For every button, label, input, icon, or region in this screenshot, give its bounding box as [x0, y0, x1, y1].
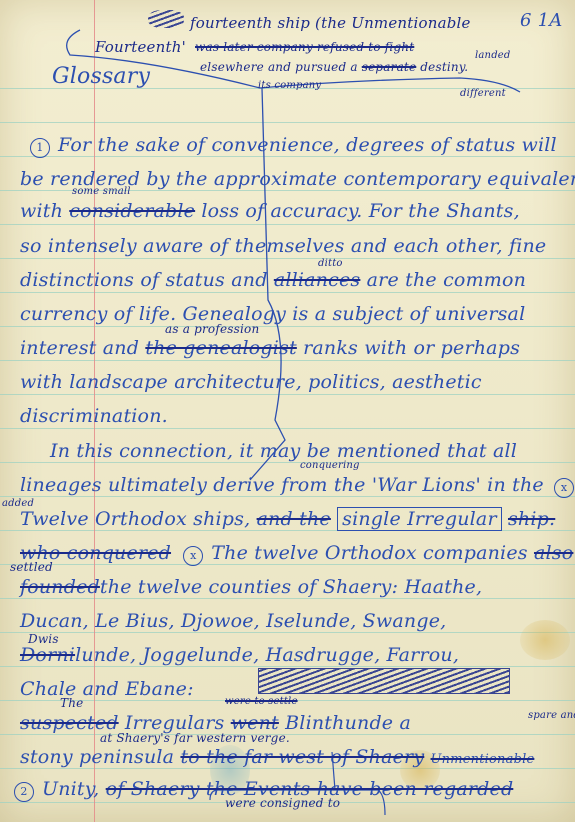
para1-line-1: 1For the sake of convenience, degrees of… [30, 134, 557, 158]
struck-boxed-passage [258, 668, 510, 694]
para2-line-2: lineages ultimately derive from the 'War… [20, 474, 575, 498]
header-insert-line2: elsewhere and pursued a separate destiny… [200, 60, 468, 74]
header-different: different [460, 88, 506, 99]
para2-line-3: Twelve Orthodox ships, and the single Ir… [20, 508, 555, 530]
header-struck-text: was later company refused to fight [195, 40, 414, 54]
insert-some-small: some small [72, 186, 131, 197]
page-number: 6 1A [520, 10, 562, 31]
insert-conquering: conquering [300, 460, 360, 471]
scribble-mark [148, 10, 184, 28]
para2-line-5: foundedthe twelve counties of Shaery: Ha… [20, 576, 482, 598]
para1-line-8: with landscape architecture, politics, a… [20, 371, 482, 393]
insert-ditto: ditto [318, 258, 343, 269]
para2-line-8: Chale and Ebane: [20, 678, 194, 700]
header-insert-top: fourteenth ship (the Unmentionable [190, 14, 471, 32]
margin-settled: settled [10, 560, 53, 574]
para1-line-5: distinctions of status and alliances are… [20, 269, 526, 291]
para1-line-7: interest and the genealogist ranks with … [20, 337, 520, 359]
page-title: Glossary [52, 64, 150, 89]
insert-far-western-verge: at Shaery's far western verge. [100, 731, 290, 745]
header-landed: landed [475, 50, 511, 61]
insert-spare-and: spare and [528, 710, 575, 721]
insert-as-a-profession: as a profession [165, 322, 259, 336]
para2-line-6: Ducan, Le Bius, Djowoe, Iselunde, Swange… [20, 610, 446, 632]
manuscript-page: fourteenth ship (the Unmentionable 6 1A … [0, 0, 575, 822]
para1-line-3: with considerable loss of accuracy. For … [20, 200, 520, 222]
insert-were-to-settle: were to settle [225, 696, 298, 707]
insert-were-consigned-to: were consigned to [225, 796, 340, 810]
para2-line-7: Dornilunde, Joggelunde, Hasdrugge, Farro… [20, 644, 459, 666]
para1-line-6: currency of life. Genealogy is a subject… [20, 303, 525, 325]
header-its-company: its company [258, 80, 321, 91]
insertion-mark-x: x [554, 478, 574, 498]
para2-line-4: who conquered xThe twelve Orthodox compa… [20, 542, 573, 566]
para2-line-1: In this connection, it may be mentioned … [50, 440, 517, 462]
para1-line-9: discrimination. [20, 405, 168, 427]
insert-the: The [60, 696, 83, 710]
para2-line-10: stony peninsula to the far west of Shaer… [20, 746, 534, 768]
fourteenth-label: Fourteenth' [95, 38, 186, 56]
para1-line-4: so intensely aware of themselves and eac… [20, 235, 546, 257]
